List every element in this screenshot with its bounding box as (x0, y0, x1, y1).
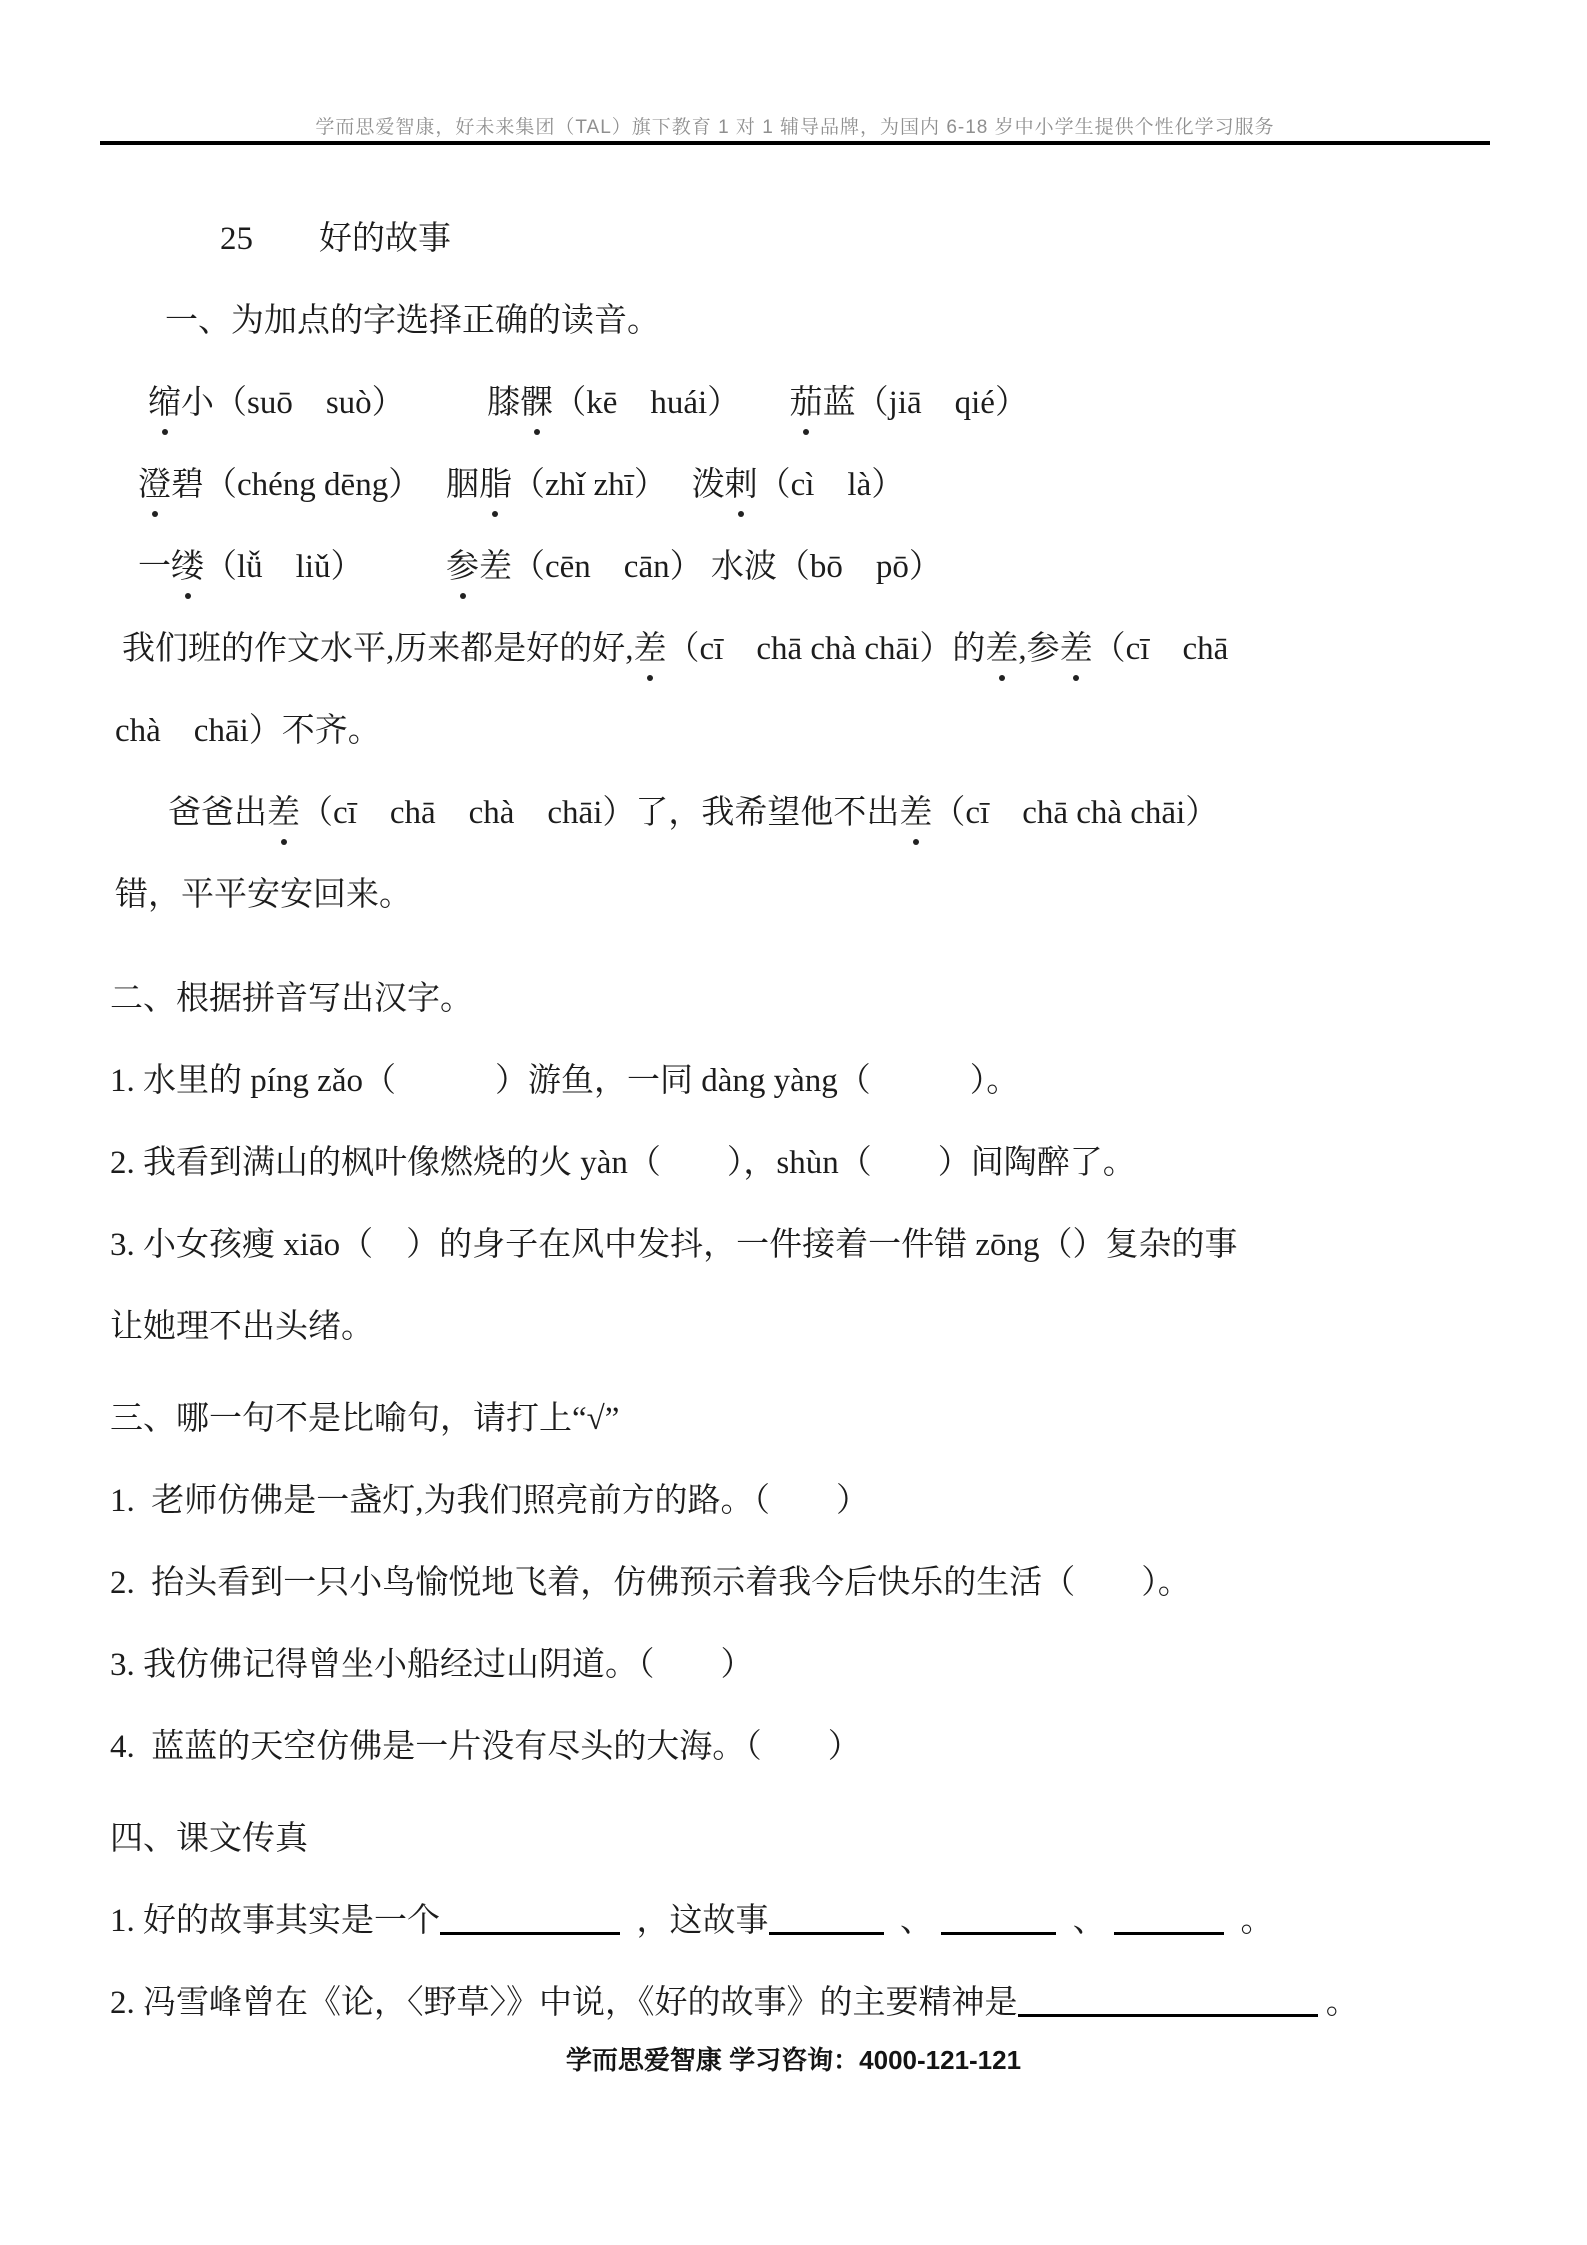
text-segment: 我们班的作文水平,历来都是好的好, (122, 622, 634, 669)
text-segment: 爸爸出 (168, 786, 267, 833)
answer-blank[interactable] (769, 1899, 884, 1935)
text-segment: 。 (1224, 1894, 1274, 1941)
question-line: 让她理不出头绪。 (110, 1282, 1497, 1364)
paragraph-line: chà chāi）不齐。 (110, 686, 1497, 768)
text-segment: 一、为加点的字选择正确的读音。 (165, 294, 660, 341)
question-line: 2. 我看到满山的枫叶像燃烧的火 yàn（ ），shùn（ ）间陶醉了。 (110, 1118, 1497, 1200)
text-segment: ，这故事 (620, 1894, 769, 1941)
worksheet-page: 学而思爱智康，好未来集团（TAL）旗下教育 1 对 1 辅导品牌，为国内 6-1… (0, 0, 1587, 2245)
fill-blank-line: 1. 好的故事其实是一个 ，这故事 、 、 。 (110, 1876, 1497, 1958)
pinyin-choice-row: 澄碧（chéng dēng） 胭脂（zhǐ zhī） 泼剌（cì là） (110, 440, 1497, 522)
answer-blank[interactable] (440, 1899, 620, 1935)
text-segment: （cì là） (758, 458, 905, 505)
question-line: 3. 我仿佛记得曾坐小船经过山阴道。（ ） (110, 1620, 1497, 1702)
dotted-char: 剌 (725, 458, 758, 505)
question-line: 1. 水里的 píng zǎo（ ）游鱼，一同 dàng yàng（ ）。 (110, 1036, 1497, 1118)
text-segment: 四、课文传真 (110, 1812, 308, 1859)
text-segment: 碧（chéng dēng） 胭 (171, 458, 479, 505)
dotted-char: 差 (985, 622, 1018, 669)
paragraph-line: 爸爸出差（cī chā chà chāi）了，我希望他不出差（cī chā ch… (110, 768, 1497, 850)
dotted-char: 差 (899, 786, 932, 833)
dotted-char: 缩 (148, 376, 181, 423)
text-segment: 三、哪一句不是比喻句，请打上“√” (110, 1392, 619, 1439)
section-1-heading: 一、为加点的字选择正确的读音。 (110, 276, 1497, 358)
text-segment: （cī chā chà chāi）了，我希望他不出 (300, 786, 899, 833)
text-segment: 让她理不出头绪。 (110, 1300, 374, 1347)
text-segment: 一 (138, 540, 171, 587)
text-segment: 错，平平安安回来。 (115, 868, 412, 915)
text-segment: ,参 (1018, 622, 1059, 669)
text-segment: 1. 老师仿佛是一盏灯,为我们照亮前方的路。（ ） (110, 1474, 869, 1521)
text-segment: chà chāi）不齐。 (115, 704, 381, 751)
section-4-heading: 四、课文传真 (110, 1794, 1497, 1876)
text-segment: 4. 蓝蓝的天空仿佛是一片没有尽头的大海。（ ） (110, 1720, 861, 1767)
text-segment: 二、根据拼音写出汉字。 (110, 972, 473, 1019)
text-segment: （cī chā chà chāi） (932, 786, 1218, 833)
dotted-char: 差 (634, 622, 667, 669)
question-line: 1. 老师仿佛是一盏灯,为我们照亮前方的路。（ ） (110, 1456, 1497, 1538)
paragraph-line: 我们班的作文水平,历来都是好的好,差（cī chā chà chāi）的差,参差… (110, 604, 1497, 686)
worksheet-body: 25 好的故事一、为加点的字选择正确的读音。缩小（suō suò） 膝髁（kē … (110, 150, 1497, 2040)
text-segment: （cī chā chà chāi）的 (667, 622, 986, 669)
text-segment: （lǚ liǔ） (204, 540, 446, 587)
pinyin-choice-row: 一缕（lǚ liǔ） 参差（cēn cān） 水波（bō pō） (110, 522, 1497, 604)
answer-blank[interactable] (941, 1899, 1056, 1935)
dotted-char: 髁 (520, 376, 553, 423)
answer-blank[interactable] (1114, 1899, 1224, 1935)
text-segment: 、 (1056, 1894, 1114, 1941)
question-line: 3. 小女孩瘦 xiāo（ ）的身子在风中发抖，一件接着一件错 zōng（）复杂… (110, 1200, 1497, 1282)
fill-blank-line: 2. 冯雪峰曾在《论，〈野草〉》中说，《好的故事》的主要精神是 。 (110, 1958, 1497, 2040)
text-segment: 2. 抬头看到一只小鸟愉悦地飞着，仿佛预示着我今后快乐的生活（ ）。 (110, 1556, 1191, 1603)
text-segment: 、 (884, 1894, 942, 1941)
text-segment: （cī chā (1093, 622, 1229, 669)
paragraph-line: 错，平平安安回来。 (110, 850, 1497, 932)
text-segment: 2. 冯雪峰曾在《论，〈野草〉》中说，《好的故事》的主要精神是 (110, 1976, 1018, 2023)
dotted-char: 差 (267, 786, 300, 833)
text-segment: 2. 我看到满山的枫叶像燃烧的火 yàn（ ），shùn（ ）间陶醉了。 (110, 1136, 1136, 1183)
dotted-char: 缕 (171, 540, 204, 587)
question-line: 4. 蓝蓝的天空仿佛是一片没有尽头的大海。（ ） (110, 1702, 1497, 1784)
answer-blank[interactable] (1018, 1981, 1318, 2017)
dotted-char: 茄 (790, 376, 823, 423)
dotted-char: 澄 (138, 458, 171, 505)
text-segment: 小（suō suò） 膝 (181, 376, 520, 423)
text-segment: （zhǐ zhī） 泼 (512, 458, 725, 505)
text-segment: 25 好的故事 (220, 212, 451, 259)
text-segment: 差（cēn cān） 水波（bō pō） (479, 540, 942, 587)
page-header-text: 学而思爱智康，好未来集团（TAL）旗下教育 1 对 1 辅导品牌，为国内 6-1… (100, 112, 1490, 139)
dotted-char: 参 (446, 540, 479, 587)
text-segment: 蓝（jiā qié） (823, 376, 1028, 423)
dotted-char: 脂 (479, 458, 512, 505)
text-segment: 3. 小女孩瘦 xiāo（ ）的身子在风中发抖，一件接着一件错 zōng（）复杂… (110, 1218, 1237, 1265)
page-footer-text: 学而思爱智康 学习咨询：4000-121-121 (0, 2040, 1587, 2077)
text-segment: 1. 水里的 píng zǎo（ ）游鱼，一同 dàng yàng（ ）。 (110, 1054, 1019, 1101)
text-segment: 1. 好的故事其实是一个 (110, 1894, 440, 1941)
pinyin-choice-row: 缩小（suō suò） 膝髁（kē huái） 茄蓝（jiā qié） (110, 358, 1497, 440)
section-2-heading: 二、根据拼音写出汉字。 (110, 954, 1497, 1036)
dotted-char: 差 (1060, 622, 1093, 669)
header-divider (100, 141, 1490, 145)
section-3-heading: 三、哪一句不是比喻句，请打上“√” (110, 1374, 1497, 1456)
lesson-title: 25 好的故事 (110, 194, 1497, 276)
text-segment: （kē huái） (553, 376, 789, 423)
text-segment: 3. 我仿佛记得曾坐小船经过山阴道。（ ） (110, 1638, 754, 1685)
question-line: 2. 抬头看到一只小鸟愉悦地飞着，仿佛预示着我今后快乐的生活（ ）。 (110, 1538, 1497, 1620)
text-segment: 。 (1318, 1976, 1359, 2023)
